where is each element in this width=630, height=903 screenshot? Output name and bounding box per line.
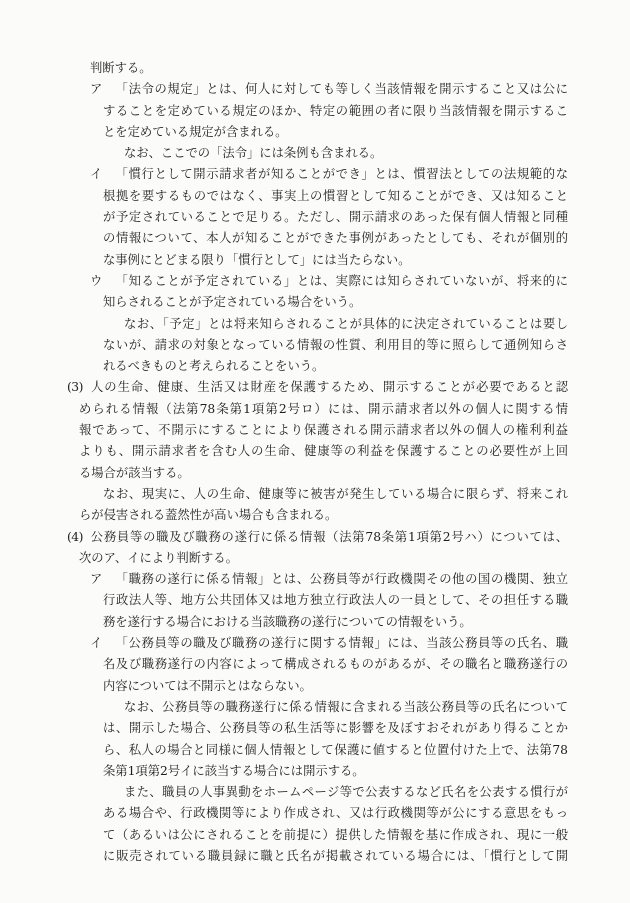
item-marker: イ [90,164,115,185]
text-line: 内容については不開示とはならない。 [0,676,568,697]
line-text: とを定めている規定が含まれる。 [103,125,287,139]
line-text: ないが、請求の対象となっている情報の性質、利用目的等に照らして通例知らさ [103,338,568,352]
text-line: 判断する。 [0,58,568,79]
page-text: 判断する。ア「法令の規定」とは、何人に対しても等しく当該情報を開示すること又は公… [0,58,630,867]
text-line: 知らされることが予定されている場合をいう。 [0,292,568,313]
line-text: 名及び職務遂行の内容によって構成されるものがあるが、その職名と職務遂行の [103,657,568,671]
line-text: なお、ここでの「法令」には条例も含まれる。 [124,146,382,160]
line-text: 「法令の規定」とは、何人に対しても等しく当該情報を開示すること又は公に [115,82,568,96]
line-text: 「知ることが予定されている」とは、実際には知らされていないが、将来的に [115,274,568,288]
document-page: 判断する。ア「法令の規定」とは、何人に対しても等しく当該情報を開示すること又は公… [0,0,630,903]
line-text: に販売されている職員録に職と氏名が掲載されている場合には、「慣行として開 [103,849,568,863]
line-text: なお、現実に、人の生命、健康等に被害が発生している場合に限らず、将来これ [103,487,568,501]
item-marker: ウ [90,271,115,292]
text-line: なお、ここでの「法令」には条例も含まれる。 [0,143,568,164]
text-line: 報であって、不開示にすることにより保護される開示請求者以外の個人の権利利益 [0,420,568,441]
text-line: が予定されていることで足りる。ただし、開示請求のあった保有個人情報と同種 [0,207,568,228]
text-line: る場合が該当する。 [0,463,568,484]
line-text: 条第1項第2号イに該当する場合には開示する。 [103,764,365,778]
line-text: 次のア、イにより判断する。 [79,551,238,565]
text-line: められる情報（法第78条第1項第2号ロ）には、開示請求者以外の個人に関する情 [0,399,568,420]
text-line: 根拠を要するものではなく、事実上の慣習として知ることができ、又は知ること [0,186,568,207]
line-text: 根拠を要するものではなく、事実上の慣習として知ることができ、又は知ること [103,189,568,203]
line-text: 人の生命、健康、生活又は財産を保護するため、開示することが必要であると認 [90,380,568,394]
text-line: ないが、請求の対象となっている情報の性質、利用目的等に照らして通例知らさ [0,335,568,356]
line-text: 「公務員等の職及び職務の遂行に関する情報」には、当該公務員等の氏名、職 [115,636,568,650]
text-line: 条第1項第2号イに該当する場合には開示する。 [0,761,568,782]
text-line: イ「慣行として開示請求者が知ることができ」とは、慣習法としての法規範的な [0,164,568,185]
text-line: ら、私人の場合と同様に個人情報として保護に値すると位置付けた上で、法第78 [0,740,568,761]
text-line: なお、「予定」とは将来知らされることが具体的に決定されていることは要し [0,314,568,335]
line-text: められる情報（法第78条第1項第2号ロ）には、開示請求者以外の個人に関する情 [79,402,568,416]
line-text: よりも、開示請求者を含む人の生命、健康等の利益を保護することの必要性が上回 [79,444,568,458]
line-text: なお、「予定」とは将来知らされることが具体的に決定されていることは要し [124,317,568,331]
line-text: の情報について、本人が知ることができた事例があったとしても、それが個別的 [103,231,568,245]
text-line: することを定めている規定のほか、特定の範囲の者に限り当該情報を開示するこ [0,101,568,122]
text-line: また、職員の人事異動をホームページ等で公表するなど氏名を公表する慣行が [0,782,568,803]
line-text: ある場合や、行政機関等により作成され、又は行政機関等が公にする意思をもっ [103,806,568,820]
text-line: ア「法令の規定」とは、何人に対しても等しく当該情報を開示すること又は公に [0,79,568,100]
line-text: れるべきものと考えられることをいう。 [103,359,324,373]
line-text: なお、公務員等の職務遂行に係る情報に含まれる当該公務員等の氏名について [124,700,568,714]
text-line: とを定めている規定が含まれる。 [0,122,568,143]
item-marker: (4) [67,527,90,548]
text-line: 次のア、イにより判断する。 [0,548,568,569]
text-line: なお、公務員等の職務遂行に係る情報に含まれる当該公務員等の氏名について [0,697,568,718]
line-text: することを定めている規定のほか、特定の範囲の者に限り当該情報を開示するこ [103,104,568,118]
line-text: な事例にとどまる限り「慣行として」には当たらない。 [103,253,410,267]
text-line: れるべきものと考えられることをいう。 [0,356,568,377]
line-text: 知らされることが予定されている場合をいう。 [103,295,361,309]
line-text: 判断する。 [90,61,152,75]
text-line: 名及び職務遂行の内容によって構成されるものがあるが、その職名と職務遂行の [0,654,568,675]
line-text: 報であって、不開示にすることにより保護される開示請求者以外の個人の権利利益 [79,423,568,437]
text-line: 行政法人等、地方公共団体又は地方独立行政法人の一員として、その担任する職 [0,590,568,611]
item-marker: ア [90,569,115,590]
text-line: ある場合や、行政機関等により作成され、又は行政機関等が公にする意思をもっ [0,803,568,824]
text-line: らが侵害される蓋然性が高い場合も含まれる。 [0,505,568,526]
item-marker: ア [90,79,115,100]
line-text: 「職務の遂行に係る情報」とは、公務員等が行政機関その他の国の機関、独立 [115,572,568,586]
line-text: 内容については不開示とはならない。 [103,679,312,693]
text-line: は、開示した場合、公務員等の私生活等に影響を及ぼすおそれがあり得ることか [0,718,568,739]
text-line: の情報について、本人が知ることができた事例があったとしても、それが個別的 [0,228,568,249]
line-text: 公務員等の職及び職務の遂行に係る情報（法第78条第1項第2号ハ）については、 [90,530,568,544]
text-line: なお、現実に、人の生命、健康等に被害が発生している場合に限らず、将来これ [0,484,568,505]
line-text: 「慣行として開示請求者が知ることができ」とは、慣習法としての法規範的な [115,167,568,181]
text-line: ウ「知ることが予定されている」とは、実際には知らされていないが、将来的に [0,271,568,292]
line-text: らが侵害される蓋然性が高い場合も含まれる。 [79,508,337,522]
item-marker: (3) [67,377,90,398]
text-line: (3)人の生命、健康、生活又は財産を保護するため、開示することが必要であると認 [0,377,568,398]
text-line: 務を遂行する場合における当該職務の遂行についての情報をいう。 [0,612,568,633]
line-text: る場合が該当する。 [79,466,190,480]
line-text: て（あるいは公にされることを前提に）提供した情報を基に作成され、現に一般 [103,828,568,842]
text-line: よりも、開示請求者を含む人の生命、健康等の利益を保護することの必要性が上回 [0,441,568,462]
line-text: ら、私人の場合と同様に個人情報として保護に値すると位置付けた上で、法第78 [103,743,568,757]
line-text: 行政法人等、地方公共団体又は地方独立行政法人の一員として、その担任する職 [103,593,568,607]
text-line: イ「公務員等の職及び職務の遂行に関する情報」には、当該公務員等の氏名、職 [0,633,568,654]
text-line: (4)公務員等の職及び職務の遂行に係る情報（法第78条第1項第2号ハ）については… [0,527,568,548]
text-line: に販売されている職員録に職と氏名が掲載されている場合には、「慣行として開 [0,846,568,867]
line-text: が予定されていることで足りる。ただし、開示請求のあった保有個人情報と同種 [103,210,568,224]
line-text: また、職員の人事異動をホームページ等で公表するなど氏名を公表する慣行が [124,785,568,799]
line-text: は、開示した場合、公務員等の私生活等に影響を及ぼすおそれがあり得ることか [103,721,568,735]
text-line: て（あるいは公にされることを前提に）提供した情報を基に作成され、現に一般 [0,825,568,846]
text-line: な事例にとどまる限り「慣行として」には当たらない。 [0,250,568,271]
text-line: ア「職務の遂行に係る情報」とは、公務員等が行政機関その他の国の機関、独立 [0,569,568,590]
item-marker: イ [90,633,115,654]
line-text: 務を遂行する場合における当該職務の遂行についての情報をいう。 [103,615,472,629]
